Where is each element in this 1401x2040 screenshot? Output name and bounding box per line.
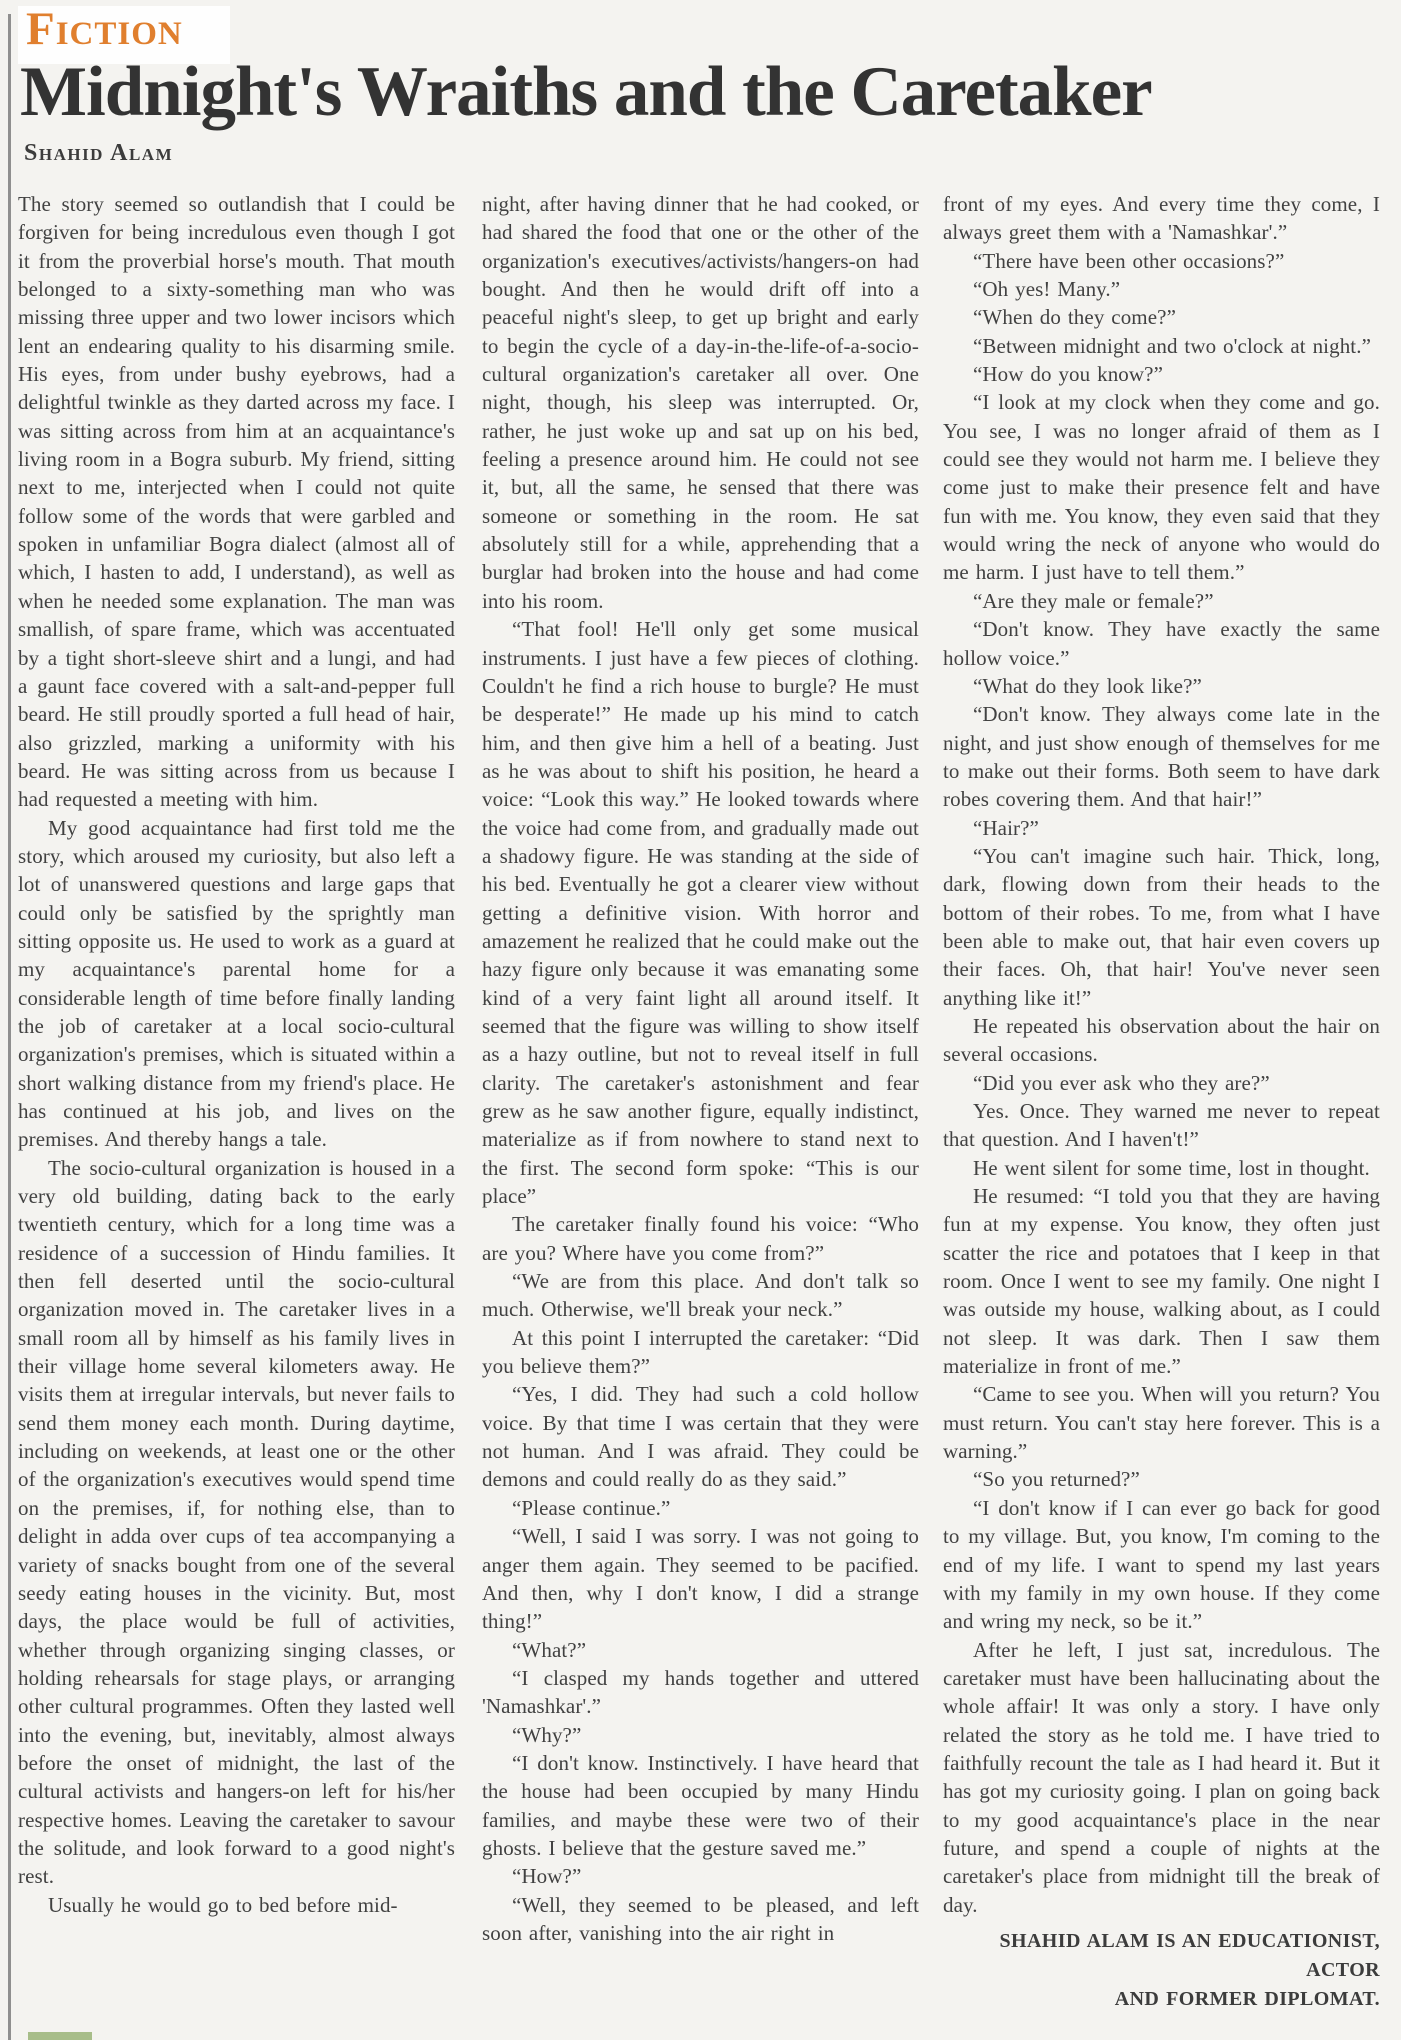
paragraph: He repeated his observation about the ha… (943, 1012, 1380, 1069)
text-column-2: night, after having dinner that he had c… (482, 190, 919, 2038)
paragraph: “How?” (482, 1862, 919, 1890)
paragraph: “What?” (482, 1636, 919, 1664)
paragraph: He went silent for some time, lost in th… (943, 1154, 1380, 1182)
paragraph: Usually he would go to bed before mid- (18, 1891, 455, 1919)
paragraph: The caretaker finally found his voice: “… (482, 1210, 919, 1267)
paragraph: “That fool! He'll only get some musical … (482, 615, 919, 1210)
paragraph: He resumed: “I told you that they are ha… (943, 1182, 1380, 1380)
paragraph: After he left, I just sat, incredulous. … (943, 1636, 1380, 1919)
paragraph: “Why?” (482, 1721, 919, 1749)
paragraph: “Hair?” (943, 814, 1380, 842)
author-footer: SHAHID ALAM IS AN EDUCATIONIST, ACTORAND… (943, 1927, 1380, 2014)
paragraph: “You can't imagine such hair. Thick, lon… (943, 842, 1380, 1012)
paragraph: “Don't know. They always come late in th… (943, 700, 1380, 813)
paragraph: “Came to see you. When will you return? … (943, 1380, 1380, 1465)
paragraph: “What do they look like?” (943, 672, 1380, 700)
magazine-page: Fiction Midnight's Wraiths and the Caret… (0, 0, 1401, 2040)
paragraph: “I look at my clock when they come and g… (943, 388, 1380, 586)
paragraph: “So you returned?” (943, 1465, 1380, 1493)
paragraph: “Between midnight and two o'clock at nig… (943, 332, 1380, 360)
paragraph: The story seemed so outlandish that I co… (18, 190, 455, 814)
paragraph: My good acquaintance had first told me t… (18, 814, 455, 1154)
paragraph: “There have been other occasions?” (943, 247, 1380, 275)
paragraph: front of my eyes. And every time they co… (943, 190, 1380, 247)
paragraph: “Yes, I did. They had such a cold hollow… (482, 1380, 919, 1493)
paragraph: “How do you know?” (943, 360, 1380, 388)
text-column-3: front of my eyes. And every time they co… (943, 190, 1380, 2038)
author-footer-line2: AND FORMER DIPLOMAT. (943, 1985, 1380, 2014)
paragraph: “I clasped my hands together and uttered… (482, 1664, 919, 1721)
paragraph: “When do they come?” (943, 303, 1380, 331)
paragraph: “I don't know if I can ever go back for … (943, 1494, 1380, 1636)
paragraph: “Oh yes! Many.” (943, 275, 1380, 303)
text-column-1: The story seemed so outlandish that I co… (18, 190, 455, 2038)
page-title: Midnight's Wraiths and the Caretaker (20, 52, 1380, 133)
paragraph: “Well, they seemed to be pleased, and le… (482, 1891, 919, 1948)
section-label: Fiction (26, 2, 183, 56)
page-number-marker (28, 2032, 92, 2040)
author-footer-line1: SHAHID ALAM IS AN EDUCATIONIST, ACTOR (943, 1927, 1380, 1985)
paragraph: “We are from this place. And don't talk … (482, 1267, 919, 1324)
paragraph: At this point I interrupted the caretake… (482, 1324, 919, 1381)
paragraph: The socio-cultural organization is house… (18, 1154, 455, 1891)
paragraph: “Did you ever ask who they are?” (943, 1069, 1380, 1097)
paragraph: “Well, I said I was sorry. I was not goi… (482, 1522, 919, 1635)
paragraph: night, after having dinner that he had c… (482, 190, 919, 615)
paragraph: “Please continue.” (482, 1494, 919, 1522)
byline: Shahid Alam (24, 140, 173, 167)
paragraph: “Don't know. They have exactly the same … (943, 615, 1380, 672)
paragraph: “I don't know. Instinctively. I have hea… (482, 1749, 919, 1862)
left-edge-rule (8, 14, 11, 2040)
paragraph: Yes. Once. They warned me never to repea… (943, 1097, 1380, 1154)
paragraph: “Are they male or female?” (943, 587, 1380, 615)
